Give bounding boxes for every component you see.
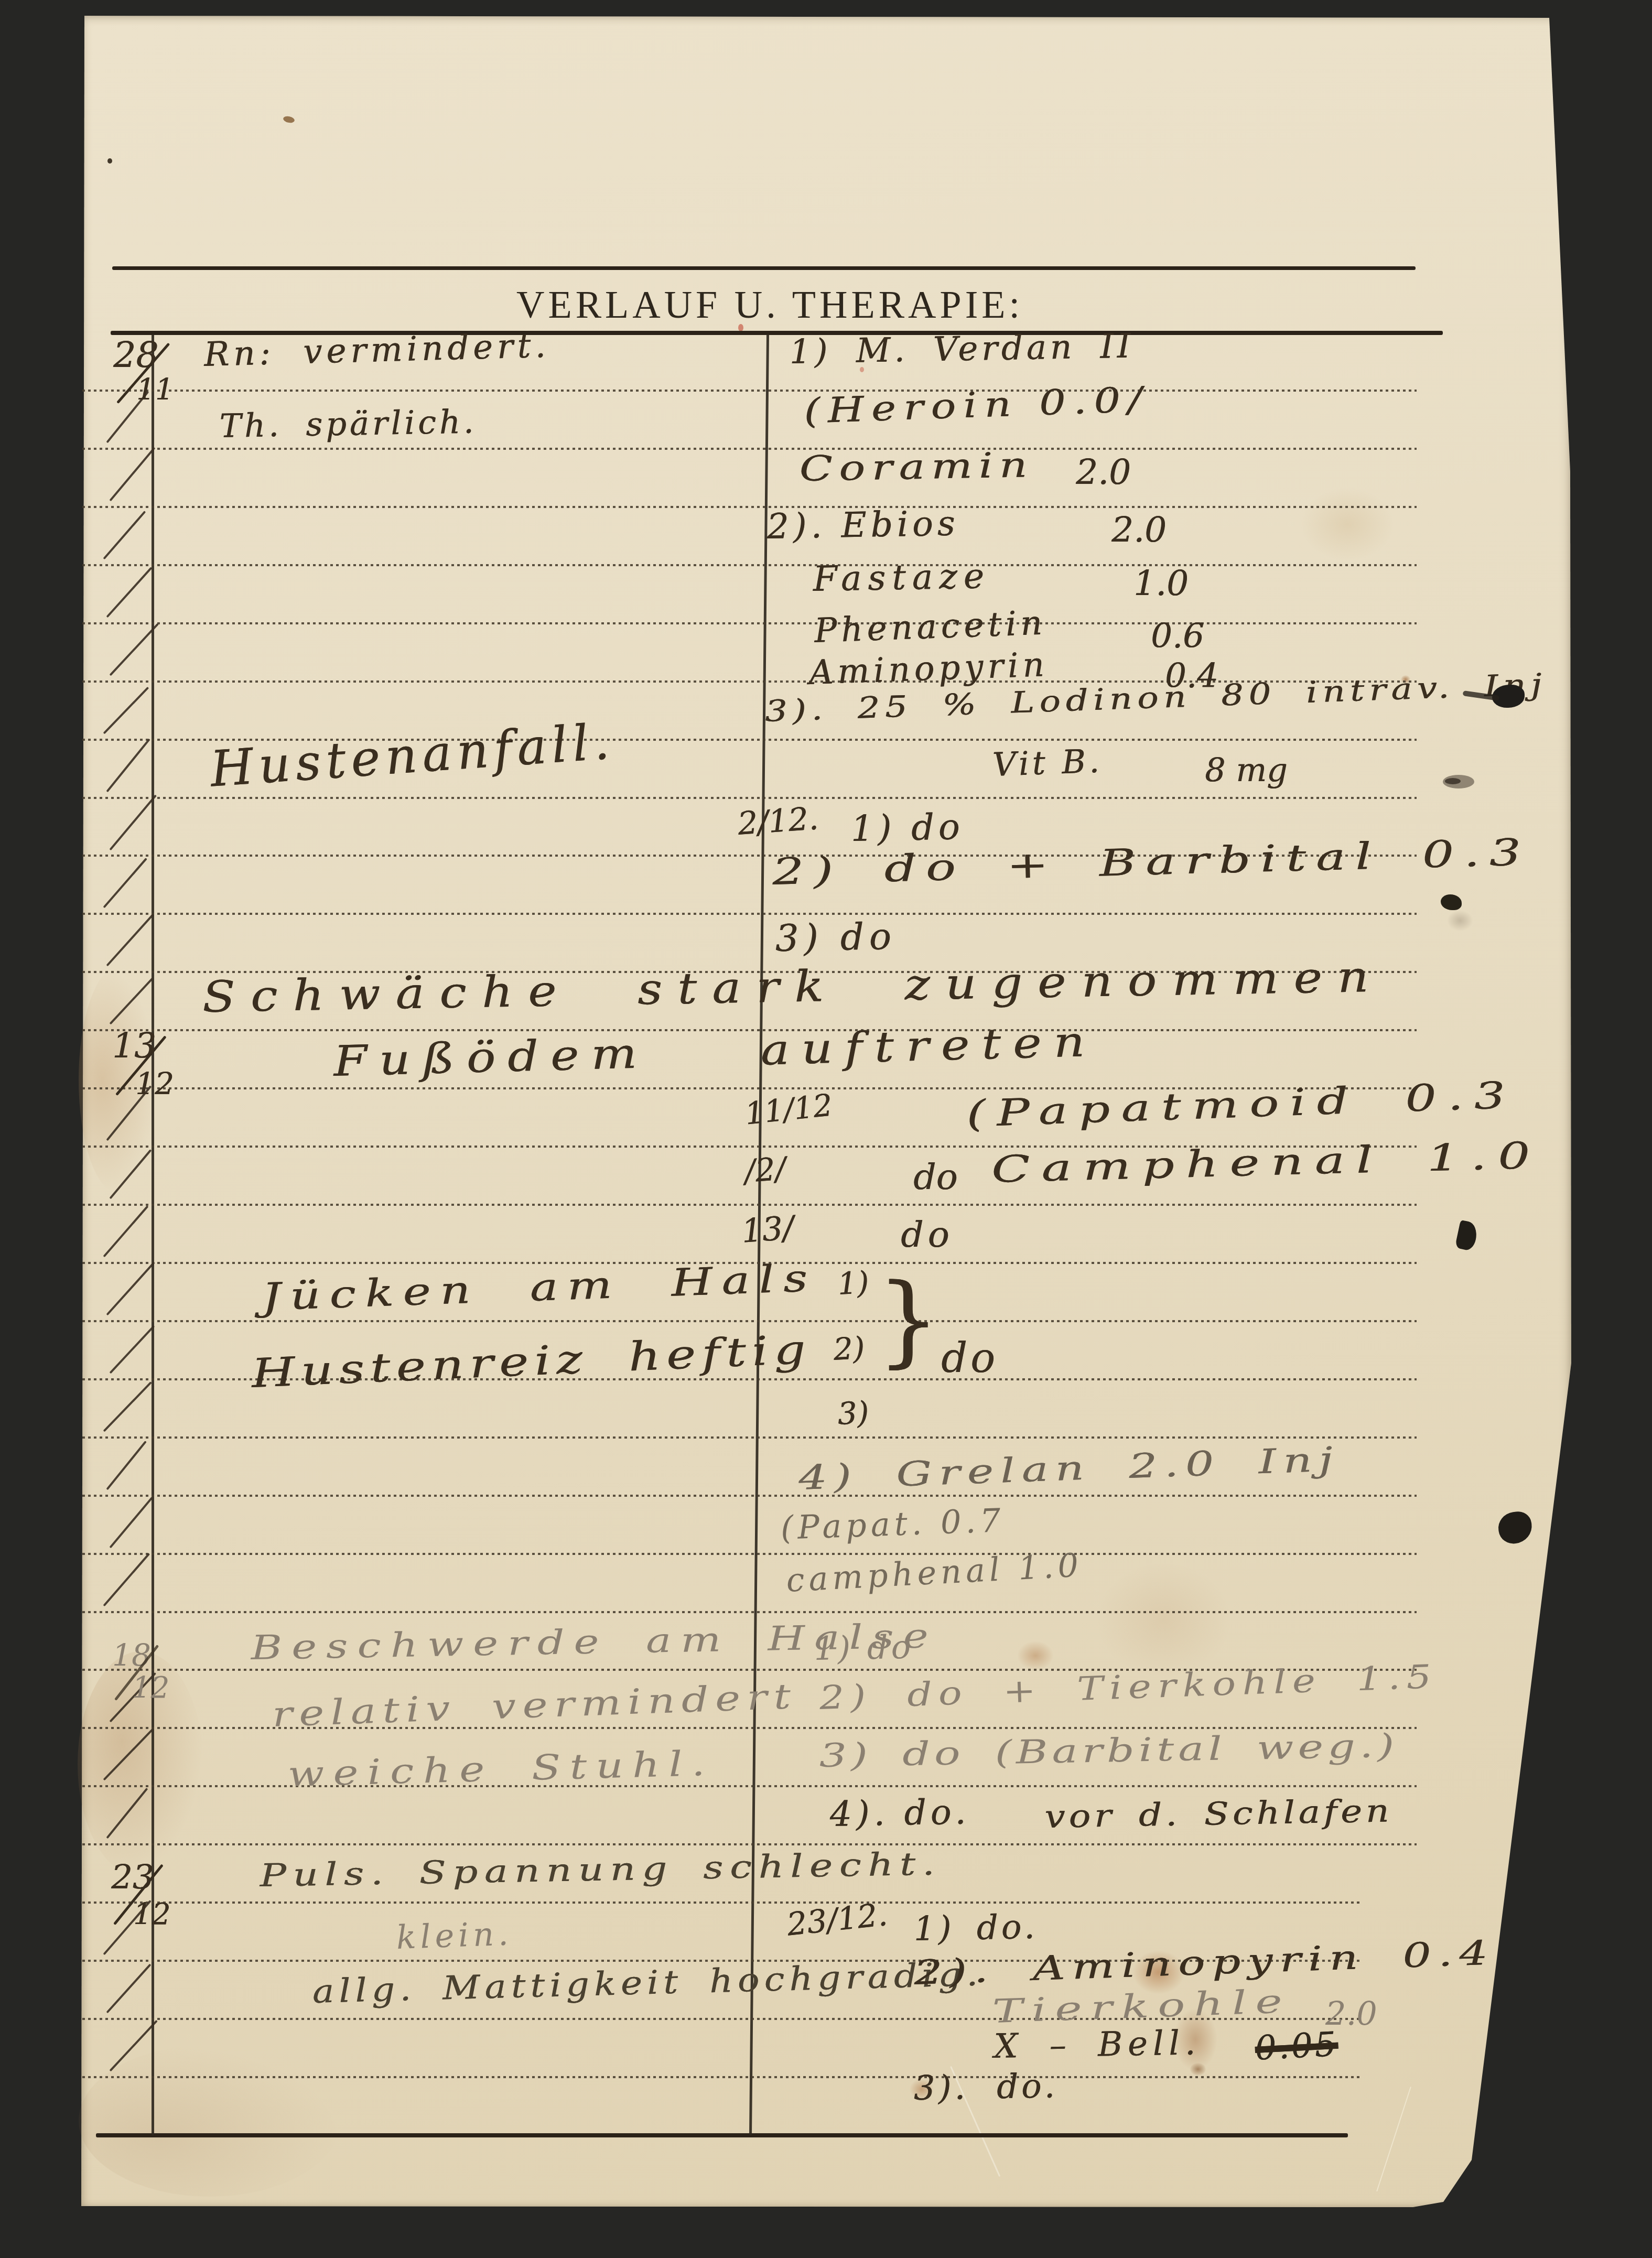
- page-title: VERLAUF U. THERAPIE:: [516, 283, 1023, 328]
- therapy-date: 23/12.: [785, 1899, 889, 1941]
- stain: [79, 2045, 341, 2197]
- date-entry-month: 11: [136, 375, 174, 405]
- dotted-row-line: [82, 622, 1417, 624]
- dotted-row-line: [82, 1843, 1417, 1845]
- observation-note: Th. spärlich.: [219, 405, 477, 442]
- stain: [107, 158, 112, 164]
- dotted-row-line: [82, 797, 1417, 799]
- date-entry-month: 12: [133, 1900, 170, 1929]
- therapy-date: 2/12.: [737, 803, 819, 840]
- dotted-row-line: [82, 1785, 1417, 1787]
- header-rule-top: [112, 266, 1416, 270]
- dotted-row-line: [82, 2076, 1362, 2078]
- dotted-row-line: [82, 506, 1417, 508]
- scanned-medical-record-page: VERLAUF U. THERAPIE: 28 11 13 12 18 12 2…: [0, 0, 1652, 2258]
- observation-note: Rn: vermindert.: [203, 329, 550, 372]
- therapy-line: 1) do: [850, 809, 964, 847]
- stain: [1190, 2063, 1206, 2076]
- therapy-dose: 2.0: [1076, 455, 1131, 490]
- therapy-line: do: [901, 1217, 953, 1253]
- punch-hole: [1441, 894, 1462, 910]
- therapy-line: (Papat. 0.7: [780, 1504, 1006, 1544]
- therapy-dose: 1.0: [1133, 566, 1189, 601]
- therapy-item-number: 3): [837, 1397, 869, 1429]
- date-entry-day: 28: [113, 338, 159, 373]
- date-entry-day: 13: [112, 1029, 156, 1063]
- paper-tear-core: [1445, 778, 1461, 784]
- date-entry-month: 12: [135, 1068, 174, 1099]
- hole-smudge: [1447, 910, 1473, 931]
- therapy-drug: Coramin: [799, 448, 1034, 487]
- therapy-dose: 0.6: [1151, 620, 1204, 653]
- dotted-row-line: [82, 390, 1417, 392]
- therapy-line: 1) do.: [913, 1910, 1038, 1946]
- stain: [1096, 1562, 1232, 1678]
- therapy-dose: 2.0: [1111, 513, 1167, 547]
- therapy-note: vor d. Schlafen: [1044, 1795, 1392, 1833]
- stain: [1017, 1641, 1054, 1670]
- therapy-line: 4). do.: [829, 1795, 970, 1832]
- therapy-ditto: do: [941, 1338, 998, 1379]
- stain: [1300, 488, 1395, 561]
- therapy-item-number: 1): [837, 1267, 869, 1299]
- therapy-date: /2/: [743, 1153, 787, 1187]
- therapy-drug: Aminopyrin: [808, 648, 1049, 690]
- dotted-row-line: [82, 1320, 1417, 1322]
- therapy-drug: Phenacetin: [814, 607, 1047, 648]
- dotted-row-line: [82, 1436, 1417, 1439]
- therapy-drug: Fastaze: [813, 559, 990, 597]
- therapy-item-number: 2): [833, 1333, 865, 1365]
- therapy-line: 3). do.: [913, 2069, 1058, 2105]
- date-entry-day: 23: [111, 1861, 154, 1895]
- therapy-drug: Vit B.: [992, 745, 1103, 781]
- therapy-date: 13/: [740, 1212, 795, 1248]
- therapy-drug: X – Bell.: [994, 2026, 1201, 2063]
- therapy-dose-struck-out: 0.05: [1254, 2028, 1339, 2066]
- observation-note: weiche Stuhl.: [287, 1746, 714, 1792]
- therapy-ditto: do: [913, 1160, 957, 1195]
- date-entry-day: 18: [112, 1640, 151, 1670]
- observation-note: klein.: [396, 1917, 513, 1954]
- dotted-row-line: [82, 448, 1417, 450]
- date-entry-month: 12: [132, 1673, 169, 1703]
- therapy-dose: 8 mg: [1205, 754, 1288, 786]
- dotted-row-line: [82, 913, 1417, 915]
- therapy-line: 1) M. Verdan II: [789, 330, 1134, 369]
- dotted-row-line: [82, 1553, 1417, 1555]
- therapy-line: 3) do (Barbital weg.): [819, 1730, 1399, 1772]
- dotted-row-line: [82, 1495, 1417, 1497]
- dotted-row-line: [82, 1902, 1362, 1904]
- table-bottom-rule: [96, 2133, 1348, 2137]
- grouping-brace: }: [877, 1275, 940, 1365]
- dotted-row-line: [82, 1611, 1417, 1613]
- therapy-line: 3) do: [775, 918, 897, 957]
- therapy-date: 11/12: [743, 1090, 834, 1129]
- therapy-drug: 2). Ebios: [766, 506, 959, 544]
- therapy-drug: Tierkohle: [992, 1985, 1291, 2028]
- dotted-row-line: [82, 1204, 1417, 1206]
- therapy-line: 1) do: [814, 1631, 914, 1665]
- dotted-row-line: [82, 564, 1417, 566]
